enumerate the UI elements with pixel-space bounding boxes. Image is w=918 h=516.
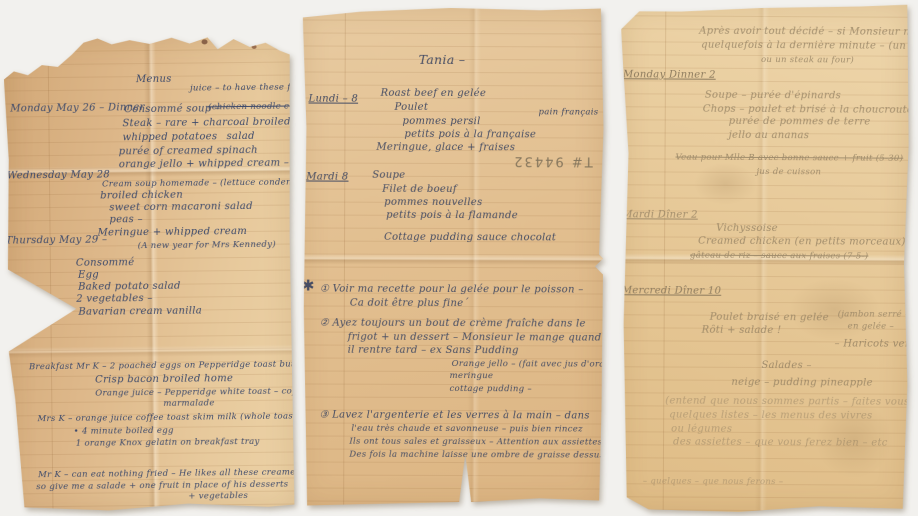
handwritten-line: quelques listes – les menus des vivres xyxy=(669,410,872,423)
handwritten-line: Roast beef en gelée xyxy=(381,88,487,100)
handwritten-line: l'eau très chaude et savonneuse – puis b… xyxy=(351,423,582,436)
handwritten-line: ① Voir ma recette pour la gelée pour le … xyxy=(320,284,584,297)
handwritten-line: Steak – rare + charcoal broiled xyxy=(122,117,290,131)
handwritten-line: gâteau de riz – sauce aux fraises (7-5-) xyxy=(690,250,868,263)
handwritten-line: Meringue, glace + fraises xyxy=(376,142,515,154)
handwritten-line: (entend que nous sommes partis – faites … xyxy=(665,395,909,408)
handwritten-line: (A new year for Mrs Kennedy) xyxy=(138,239,276,252)
handwritten-line: 2 vegetables – xyxy=(76,293,153,306)
paper-tear-speck xyxy=(300,189,304,195)
handwritten-line: Ils ont tous sales et graisseux – Attent… xyxy=(349,436,604,449)
handwritten-line: des assiettes – que vous ferez bien – et… xyxy=(673,437,888,450)
handwritten-line: Cottage pudding sauce chocolat xyxy=(384,232,556,245)
handwritten-line: cottage pudding – xyxy=(450,383,532,395)
handwriting-layer: Menusjuice – to have these frozeMonday M… xyxy=(4,37,295,514)
menu-page-left: Menusjuice – to have these frozeMonday M… xyxy=(4,37,295,514)
handwritten-line: Consommé soup – xyxy=(124,103,220,116)
handwritten-line: Crisp bacon broiled home xyxy=(95,373,233,386)
handwritten-line: (jambon serré – xyxy=(838,308,910,320)
handwritten-line: petits pois à la française xyxy=(404,129,536,141)
handwritten-line: ③ Lavez l'argenterie et les verres à la … xyxy=(319,410,589,423)
handwritten-line: Mrs K – orange juice coffee toast skim m… xyxy=(37,410,294,426)
handwritten-line: marmalade xyxy=(163,397,214,410)
handwriting-layer: Tania –Lundi – 8Roast beef en geléePoule… xyxy=(299,7,604,506)
handwritten-line: jello au ananas xyxy=(729,130,810,142)
handwritten-line: purée of creamed spinach xyxy=(119,145,258,158)
menu-page-right-wrap: Après avoir tout décidé – si Monsieur ma… xyxy=(619,3,910,513)
handwritten-line: Mercredi Dîner 10 xyxy=(622,285,721,298)
handwritten-line: ou légumes xyxy=(671,424,732,436)
handwritten-line: Mardi 8 xyxy=(306,171,348,183)
handwritten-line: • 4 minute boiled egg xyxy=(74,425,174,438)
handwritten-line: whipped potatoes xyxy=(123,131,218,144)
handwritten-line: Mardi Dîner 2 xyxy=(622,209,698,221)
handwritten-line: il rentre tard – ex Sans Pudding xyxy=(348,345,519,358)
handwritten-line: + vegetables xyxy=(188,490,248,503)
handwritten-line: Menus xyxy=(136,74,172,86)
handwritten-line: en gelée – xyxy=(848,320,894,332)
handwritten-line: Thursday May 29 – xyxy=(6,234,108,247)
handwritten-line: Soupe xyxy=(372,170,405,182)
handwritten-line: sweet corn macaroni salad xyxy=(109,201,253,215)
handwritten-line: Lundi – 8 xyxy=(309,94,359,106)
handwritten-line: Chops – poulet et brisé à la choucroute xyxy=(703,104,910,117)
handwritten-line: Egg xyxy=(78,270,99,282)
handwritten-line: Baked potato salad xyxy=(78,281,181,294)
handwritten-line: salad xyxy=(226,131,254,143)
handwritten-line: petits pois à la flamande xyxy=(386,210,518,222)
handwritten-line: Rôti + salade ! xyxy=(702,325,782,337)
handwritten-line: Soupe – purée d'épinards xyxy=(705,90,841,103)
handwritten-line: so give me a salade + one fruit in place… xyxy=(36,479,288,494)
handwritten-line: Monday Dinner 2 xyxy=(623,69,716,81)
handwritten-line: Orange jello – (fait avec jus d'orange xyxy=(452,358,604,371)
handwritten-line: Consommé xyxy=(76,257,135,270)
handwritten-line: Ca doit être plus fine´ xyxy=(350,298,469,310)
handwritten-line: T# 94432 xyxy=(512,154,592,166)
handwritten-line: orange jello + whipped cream – xyxy=(119,158,289,172)
handwritten-line: Meringue + whipped cream xyxy=(98,226,248,240)
handwritten-line: quelquefois à la dernière minute – (un s… xyxy=(701,40,909,53)
handwritten-line: Des fois la machine laisse une ombre de … xyxy=(349,449,604,462)
handwritten-line: Creamed chicken (en petits morceaux) riz xyxy=(698,236,909,249)
handwritten-line: Salades – xyxy=(761,360,811,372)
handwritten-line: Poulet braisé en gelée xyxy=(710,312,829,325)
handwritten-line: Vichyssoise xyxy=(716,223,778,235)
handwritten-line: Bavarian cream vanilla xyxy=(78,305,202,318)
menu-page-middle: Tania –Lundi – 8Roast beef en geléePoule… xyxy=(299,7,604,506)
handwritten-line: jus de cuisson xyxy=(756,166,821,178)
handwritten-line: Veau pour Mlle B avec bonne sauce + frui… xyxy=(675,152,903,165)
handwritten-line: frigot + un dessert – Monsieur le mange … xyxy=(348,332,602,345)
photo-of-handwritten-menu-pages: Menusjuice – to have these frozeMonday M… xyxy=(0,0,918,516)
handwritten-line: neige – pudding pineapple xyxy=(731,377,872,390)
menu-page-middle-wrap: Tania –Lundi – 8Roast beef en geléePoule… xyxy=(299,7,604,506)
handwritten-line: 1 orange Knox gelatin on breakfast tray xyxy=(76,436,260,450)
handwritten-line: juice – to have these froze xyxy=(190,81,294,94)
handwritten-line: Poulet xyxy=(394,102,428,114)
handwritten-line: meringue xyxy=(450,370,494,382)
handwritten-line: ② Ayez toujours un bout de crème fraîche… xyxy=(320,318,586,331)
handwritten-line: – Haricots verts xyxy=(835,338,910,350)
menu-page-left-wrap: Menusjuice – to have these frozeMonday M… xyxy=(4,37,295,514)
handwritten-line: ✱ xyxy=(302,279,315,291)
handwritten-line: – quelques – que nous ferons – xyxy=(643,475,784,488)
handwriting-layer: Après avoir tout décidé – si Monsieur ma… xyxy=(619,3,910,513)
handwritten-line: Breakfast Mr K – 2 poached eggs on Peppe… xyxy=(29,358,295,373)
handwritten-line: broiled chicken xyxy=(100,190,183,203)
handwritten-line: Cream soup homemade – (lettuce condensed… xyxy=(102,176,294,190)
handwritten-line: Wednesday May 28 xyxy=(7,169,110,182)
handwritten-line: pommes persil xyxy=(402,116,480,128)
handwritten-line: purée de pommes de terre xyxy=(729,116,871,129)
menu-page-right: Après avoir tout décidé – si Monsieur ma… xyxy=(619,3,910,513)
handwritten-line: ou un steak au four) xyxy=(761,54,854,66)
handwritten-line: Tania – xyxy=(419,54,466,66)
handwritten-line: (chicken noodle enriched) xyxy=(208,100,294,113)
handwritten-line: Après avoir tout décidé – si Monsieur ma… xyxy=(699,26,909,39)
handwritten-line: pommes nouvelles xyxy=(384,197,482,209)
handwritten-line: Filet de boeuf xyxy=(382,184,457,196)
handwritten-line: peas – xyxy=(109,214,143,226)
handwritten-line: pain français xyxy=(538,106,598,118)
